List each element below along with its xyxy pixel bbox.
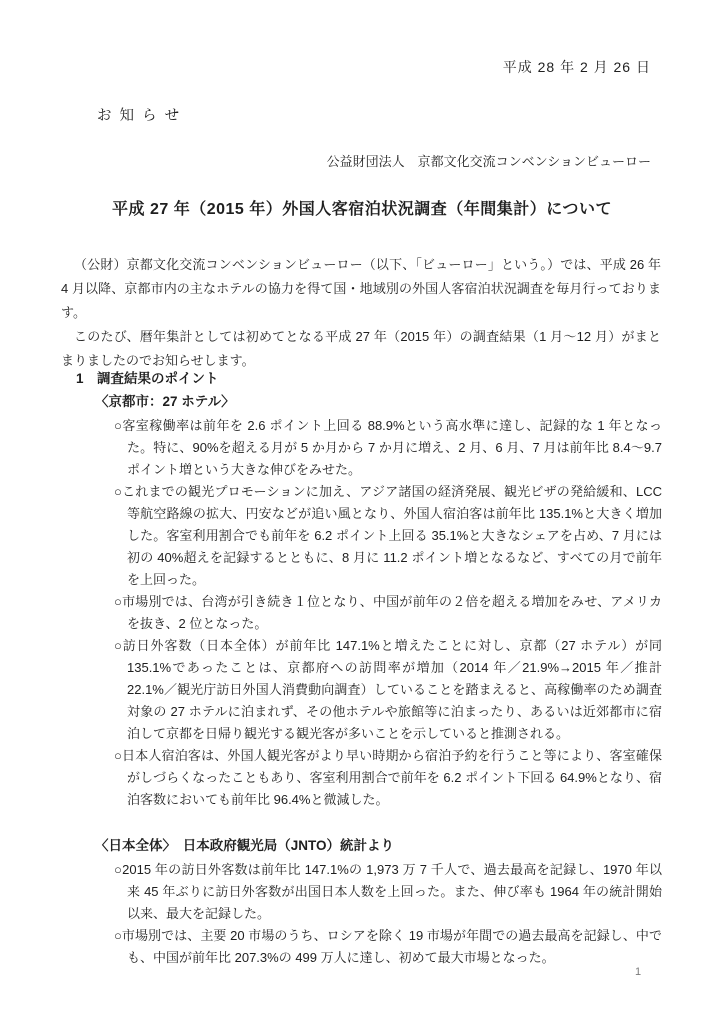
bullet-list-japan: ○2015 年の訪日外客数は前年比 147.1%の 1,973 万 7 千人で、… [114, 859, 662, 969]
intro-section: （公財）京都文化交流コンベンションビューロー（以下、「ビューロー」という。）では… [61, 253, 661, 373]
subsection-kyoto: 〈京都市：27 ホテル〉 ○客室稼働率は前年を 2.6 ポイント上回る 88.9… [61, 391, 662, 811]
bullet-item: ○客室稼働率は前年を 2.6 ポイント上回る 88.9%という高水準に達し、記録… [114, 415, 662, 481]
bullet-item: ○2015 年の訪日外客数は前年比 147.1%の 1,973 万 7 千人で、… [114, 859, 662, 925]
bullet-item: ○これまでの観光プロモーションに加え、アジア諸国の経済発展、観光ビザの発給緩和、… [114, 481, 662, 591]
document-page: 平成 28 年 2 月 26 日 お 知 ら せ 公益財団法人 京都文化交流コン… [0, 0, 724, 1024]
notice-label: お 知 ら せ [97, 104, 181, 125]
intro-paragraph: このたび、暦年集計としては初めてとなる平成 27 年（2015 年）の調査結果（… [61, 325, 661, 373]
bullet-marker: ○ [114, 484, 122, 499]
bullet-list-kyoto: ○客室稼働率は前年を 2.6 ポイント上回る 88.9%という高水準に達し、記録… [114, 415, 662, 811]
bullet-text: 日本人宿泊客は、外国人観光客がより早い時期から宿泊予約を行うこと等により、客室確… [122, 748, 662, 807]
subsection-heading-japan: 〈日本全体〉 日本政府観光局（JNTO）統計より [95, 835, 662, 857]
organization-line: 公益財団法人 京都文化交流コンベンションビューロー [327, 151, 651, 170]
bullet-text: 訪日外客数（日本全体）が前年比 147.1%と増えたことに対し、京都（27 ホテ… [123, 638, 662, 741]
date-line: 平成 28 年 2 月 26 日 [503, 57, 651, 77]
bullet-marker: ○ [114, 748, 122, 763]
bullet-text: 市場別では、台湾が引き続き１位となり、中国が前年の２倍を超える増加をみせ、アメリ… [122, 594, 662, 631]
document-title: 平成 27 年（2015 年）外国人客宿泊状況調査（年間集計）について [0, 196, 724, 219]
bullet-text: 市場別では、主要 20 市場のうち、ロシアを除く 19 市場が年間での過去最高を… [122, 928, 662, 965]
bullet-item: ○市場別では、台湾が引き続き１位となり、中国が前年の２倍を超える増加をみせ、アメ… [114, 591, 662, 635]
bullet-item: ○訪日外客数（日本全体）が前年比 147.1%と増えたことに対し、京都（27 ホ… [114, 635, 662, 745]
subsection-heading-kyoto: 〈京都市：27 ホテル〉 [95, 391, 662, 413]
bullet-marker: ○ [114, 594, 122, 609]
page-number: 1 [635, 966, 641, 978]
bullet-item: ○市場別では、主要 20 市場のうち、ロシアを除く 19 市場が年間での過去最高… [114, 925, 662, 969]
bullet-marker: ○ [114, 638, 123, 653]
subsection-japan: 〈日本全体〉 日本政府観光局（JNTO）統計より ○2015 年の訪日外客数は前… [61, 835, 662, 969]
results-section: 1 調査結果のポイント 〈京都市：27 ホテル〉 ○客室稼働率は前年を 2.6 … [61, 368, 662, 969]
bullet-text: これまでの観光プロモーションに加え、アジア諸国の経済発展、観光ビザの発給緩和、L… [122, 484, 662, 587]
bullet-marker: ○ [114, 862, 122, 877]
bullet-text: 客室稼働率は前年を 2.6 ポイント上回る 88.9%という高水準に達し、記録的… [122, 418, 662, 477]
intro-paragraph: （公財）京都文化交流コンベンションビューロー（以下、「ビューロー」という。）では… [61, 253, 661, 325]
section-heading: 1 調査結果のポイント [76, 368, 662, 390]
bullet-marker: ○ [114, 928, 122, 943]
bullet-text: 2015 年の訪日外客数は前年比 147.1%の 1,973 万 7 千人で、過… [122, 862, 662, 921]
bullet-item: ○日本人宿泊客は、外国人観光客がより早い時期から宿泊予約を行うこと等により、客室… [114, 745, 662, 811]
